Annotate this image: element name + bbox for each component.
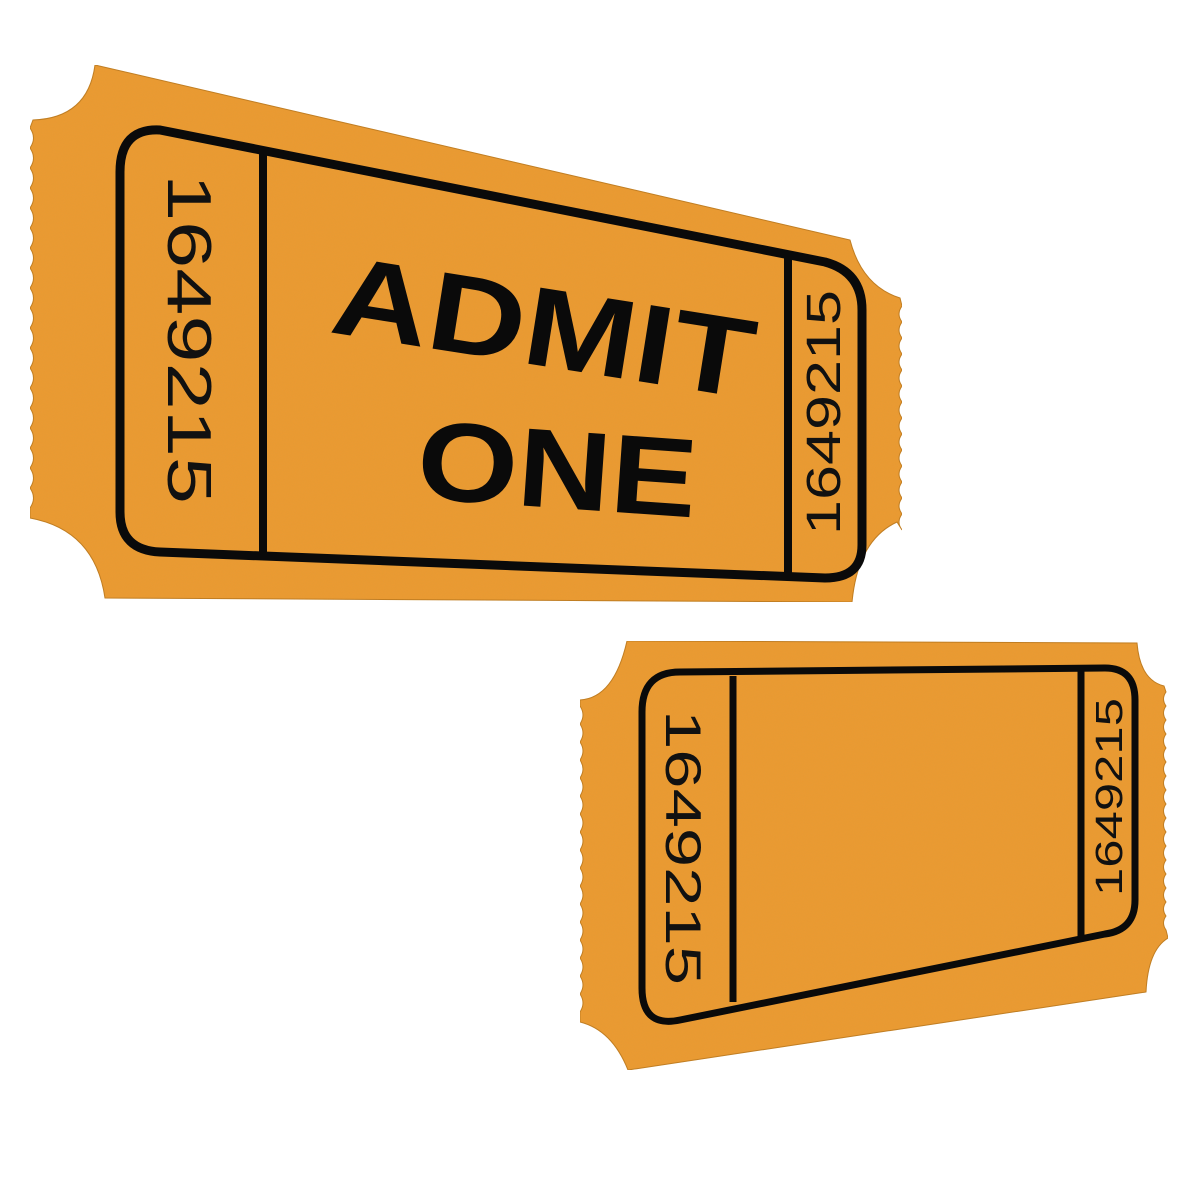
ticket-1-headline-line2: ONE xyxy=(413,397,701,541)
ticket-blank: 1649215 1649215 xyxy=(580,641,1168,1070)
tickets-canvas: 1649215 1649215 ADMIT ONE 1649215 164921… xyxy=(0,0,1200,1200)
ticket-2-serial-left: 1649215 xyxy=(655,710,711,985)
ticket-1-serial-left: 1649215 xyxy=(154,174,223,504)
ticket-2-serial-right: 1649215 xyxy=(1089,698,1131,896)
ticket-admit-one: 1649215 1649215 ADMIT ONE xyxy=(30,65,902,602)
ticket-1-serial-right: 1649215 xyxy=(798,290,851,535)
